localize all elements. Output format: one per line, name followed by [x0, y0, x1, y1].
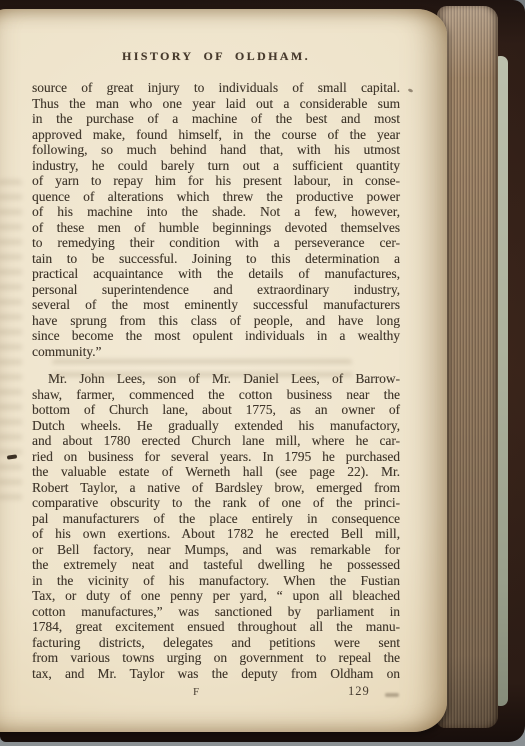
text-line: tain to be successful. Joining to this d… — [32, 251, 400, 267]
margin-show-through — [0, 179, 22, 509]
text-line: approved make, found himself, in the cou… — [32, 127, 400, 143]
text-line: community.” — [32, 344, 400, 360]
text-line: facturing districts, delegates and petit… — [32, 635, 400, 651]
text-line: Tax, or duty of one penny per yard, “ up… — [32, 588, 400, 604]
show-through-smudge — [52, 359, 352, 383]
text-line: cotton manufactures,” was sanctioned by … — [32, 604, 400, 620]
text-line: bottom of Church lane, about 1775, as an… — [32, 402, 400, 418]
text-line: of his own exertions. About 1782 he erec… — [32, 526, 400, 542]
text-line: in the purchase of a machine of the best… — [32, 111, 400, 127]
paper-speck — [408, 88, 414, 93]
text-line: Robert Taylor, a native of Bardsley brow… — [32, 480, 400, 496]
text-line: quence of alterations which threw the pr… — [32, 189, 400, 205]
page-number-smudge — [385, 693, 399, 697]
page-number: 129 — [348, 684, 370, 699]
text-line: ried on business for several years. In 1… — [32, 449, 400, 465]
text-line: following, so much behind hand that, wit… — [32, 142, 400, 158]
text-line: of these men of humble beginnings devote… — [32, 220, 400, 236]
text-line: personal superintendence and extraordina… — [32, 282, 400, 298]
text-line: have sprung from this class of people, a… — [32, 313, 400, 329]
text-line: and about 1780 erected Church lane mill,… — [32, 433, 400, 449]
text-line: to remedying their condition with a pers… — [32, 235, 400, 251]
text-line: the extremely neat and tasteful dwelling… — [32, 557, 400, 573]
text-line: of his machine into the shade. Not a few… — [32, 204, 400, 220]
text-line: pal manufacturers of the place entirely … — [32, 511, 400, 527]
text-line: or Bell factory, near Mumps, and was rem… — [32, 542, 400, 558]
text-line: from various towns urging on government … — [32, 650, 400, 666]
paragraph: source of great injury to individuals of… — [32, 80, 400, 359]
text-line: since become the most opulent individual… — [32, 328, 400, 344]
text-line: several of the most eminently successful… — [32, 297, 400, 313]
text-line: practical acquaintance with the details … — [32, 266, 400, 282]
text-line: comparative obscurity to the rank of one… — [32, 495, 400, 511]
text-line: Dutch wheels. He gradually extended his … — [32, 418, 400, 434]
text-line: Thus the man who one year laid out a con… — [32, 96, 400, 112]
running-header: HISTORY OF OLDHAM. — [32, 49, 400, 64]
book-scan-photo: HISTORY OF OLDHAM. source of great injur… — [0, 0, 525, 746]
printer-signature: F — [193, 686, 199, 698]
text-line: in the vicinity of his manufactory. When… — [32, 573, 400, 589]
text-line: shaw, farmer, commenced the cotton busin… — [32, 387, 400, 403]
text-line: the valuable estate of Werneth hall (see… — [32, 464, 400, 480]
paragraph: Mr. John Lees, son of Mr. Daniel Lees, o… — [32, 371, 400, 681]
text-line: of yarn to repay him for his present lab… — [32, 173, 400, 189]
book-page: HISTORY OF OLDHAM. source of great injur… — [0, 9, 447, 732]
text-line: 1784, great excitement ensued throughout… — [32, 619, 400, 635]
text-line: tax, and Mr. Taylor was the deputy from … — [32, 666, 400, 682]
text-line: source of great injury to individuals of… — [32, 80, 400, 96]
text-line: industry, he could barely turn out a suf… — [32, 158, 400, 174]
